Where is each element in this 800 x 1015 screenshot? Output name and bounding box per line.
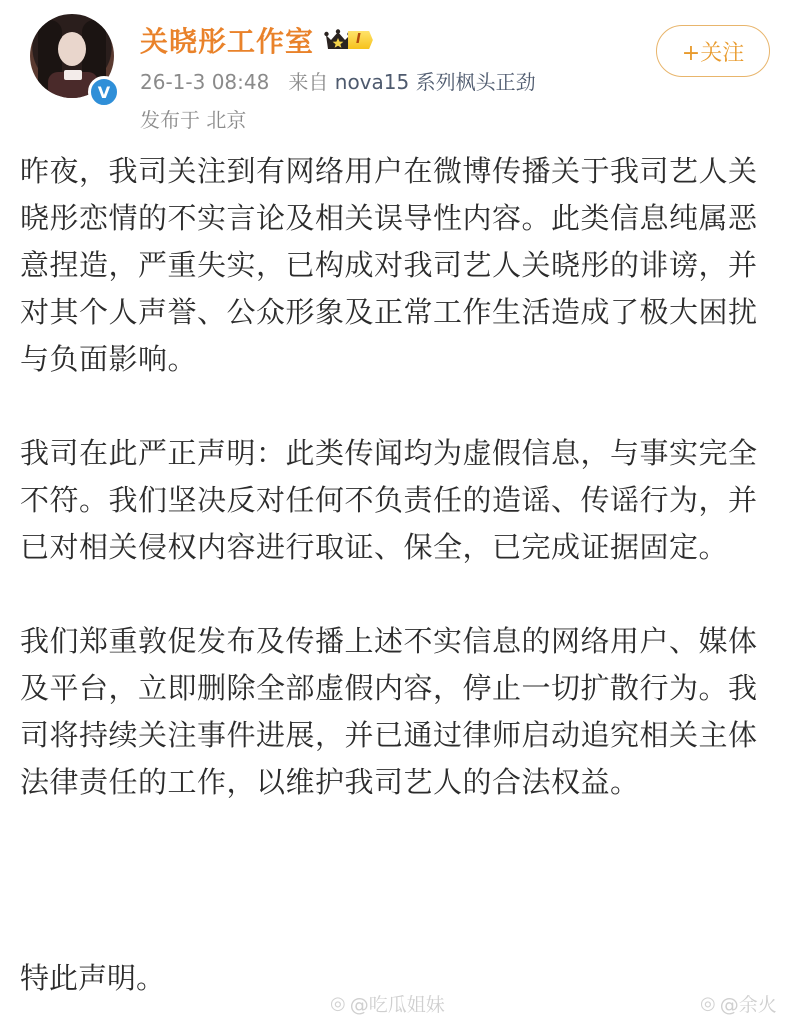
closing-line: 特此声明。 [20, 955, 165, 1002]
crown-icon [324, 29, 352, 51]
avatar-face [58, 32, 86, 66]
post-header: V 关晓彤工作室 I 26-1-3 08:48 来自 nova15 系列枫头正劲… [0, 0, 800, 140]
weibo-logo-icon: ◎ [700, 993, 716, 1014]
watermark-text: @余火 [720, 990, 777, 1015]
verified-icon: V [88, 76, 120, 108]
paragraph-3: 我们郑重敦促发布及传播上述不实信息的网络用户、媒体及平台，立即删除全部虚假内容，… [20, 618, 780, 806]
timestamp: 26-1-3 08:48 [140, 70, 269, 94]
author-row: 关晓彤工作室 I [140, 20, 373, 60]
weibo-logo-icon: ◎ [330, 993, 346, 1014]
location: 发布于 北京 [140, 104, 246, 133]
post-meta: 26-1-3 08:48 来自 nova15 系列枫头正劲 [140, 66, 536, 95]
watermark-text: @吃瓜姐妹 [350, 990, 445, 1015]
author-name[interactable]: 关晓彤工作室 [140, 20, 314, 60]
watermark-1: ◎ @吃瓜姐妹 [330, 990, 445, 1015]
paragraph-2: 我司在此严正声明：此类传闻均为虚假信息，与事实完全不符。我们坚决反对任何不负责任… [20, 430, 780, 571]
avatar-collar [64, 70, 82, 80]
level-label: I [348, 31, 373, 49]
member-badge[interactable]: I [324, 29, 373, 51]
source-prefix: 来自 [288, 70, 328, 94]
source-device[interactable]: nova15 系列枫头正劲 [335, 70, 536, 94]
watermark-2: ◎ @余火 [700, 990, 777, 1015]
follow-button[interactable]: +关注 [656, 25, 770, 77]
post-body: 昨夜，我司关注到有网络用户在微博传播关于我司艺人关晓彤恋情的不实言论及相关误导性… [20, 148, 780, 853]
paragraph-1: 昨夜，我司关注到有网络用户在微博传播关于我司艺人关晓彤恋情的不实言论及相关误导性… [20, 148, 780, 383]
